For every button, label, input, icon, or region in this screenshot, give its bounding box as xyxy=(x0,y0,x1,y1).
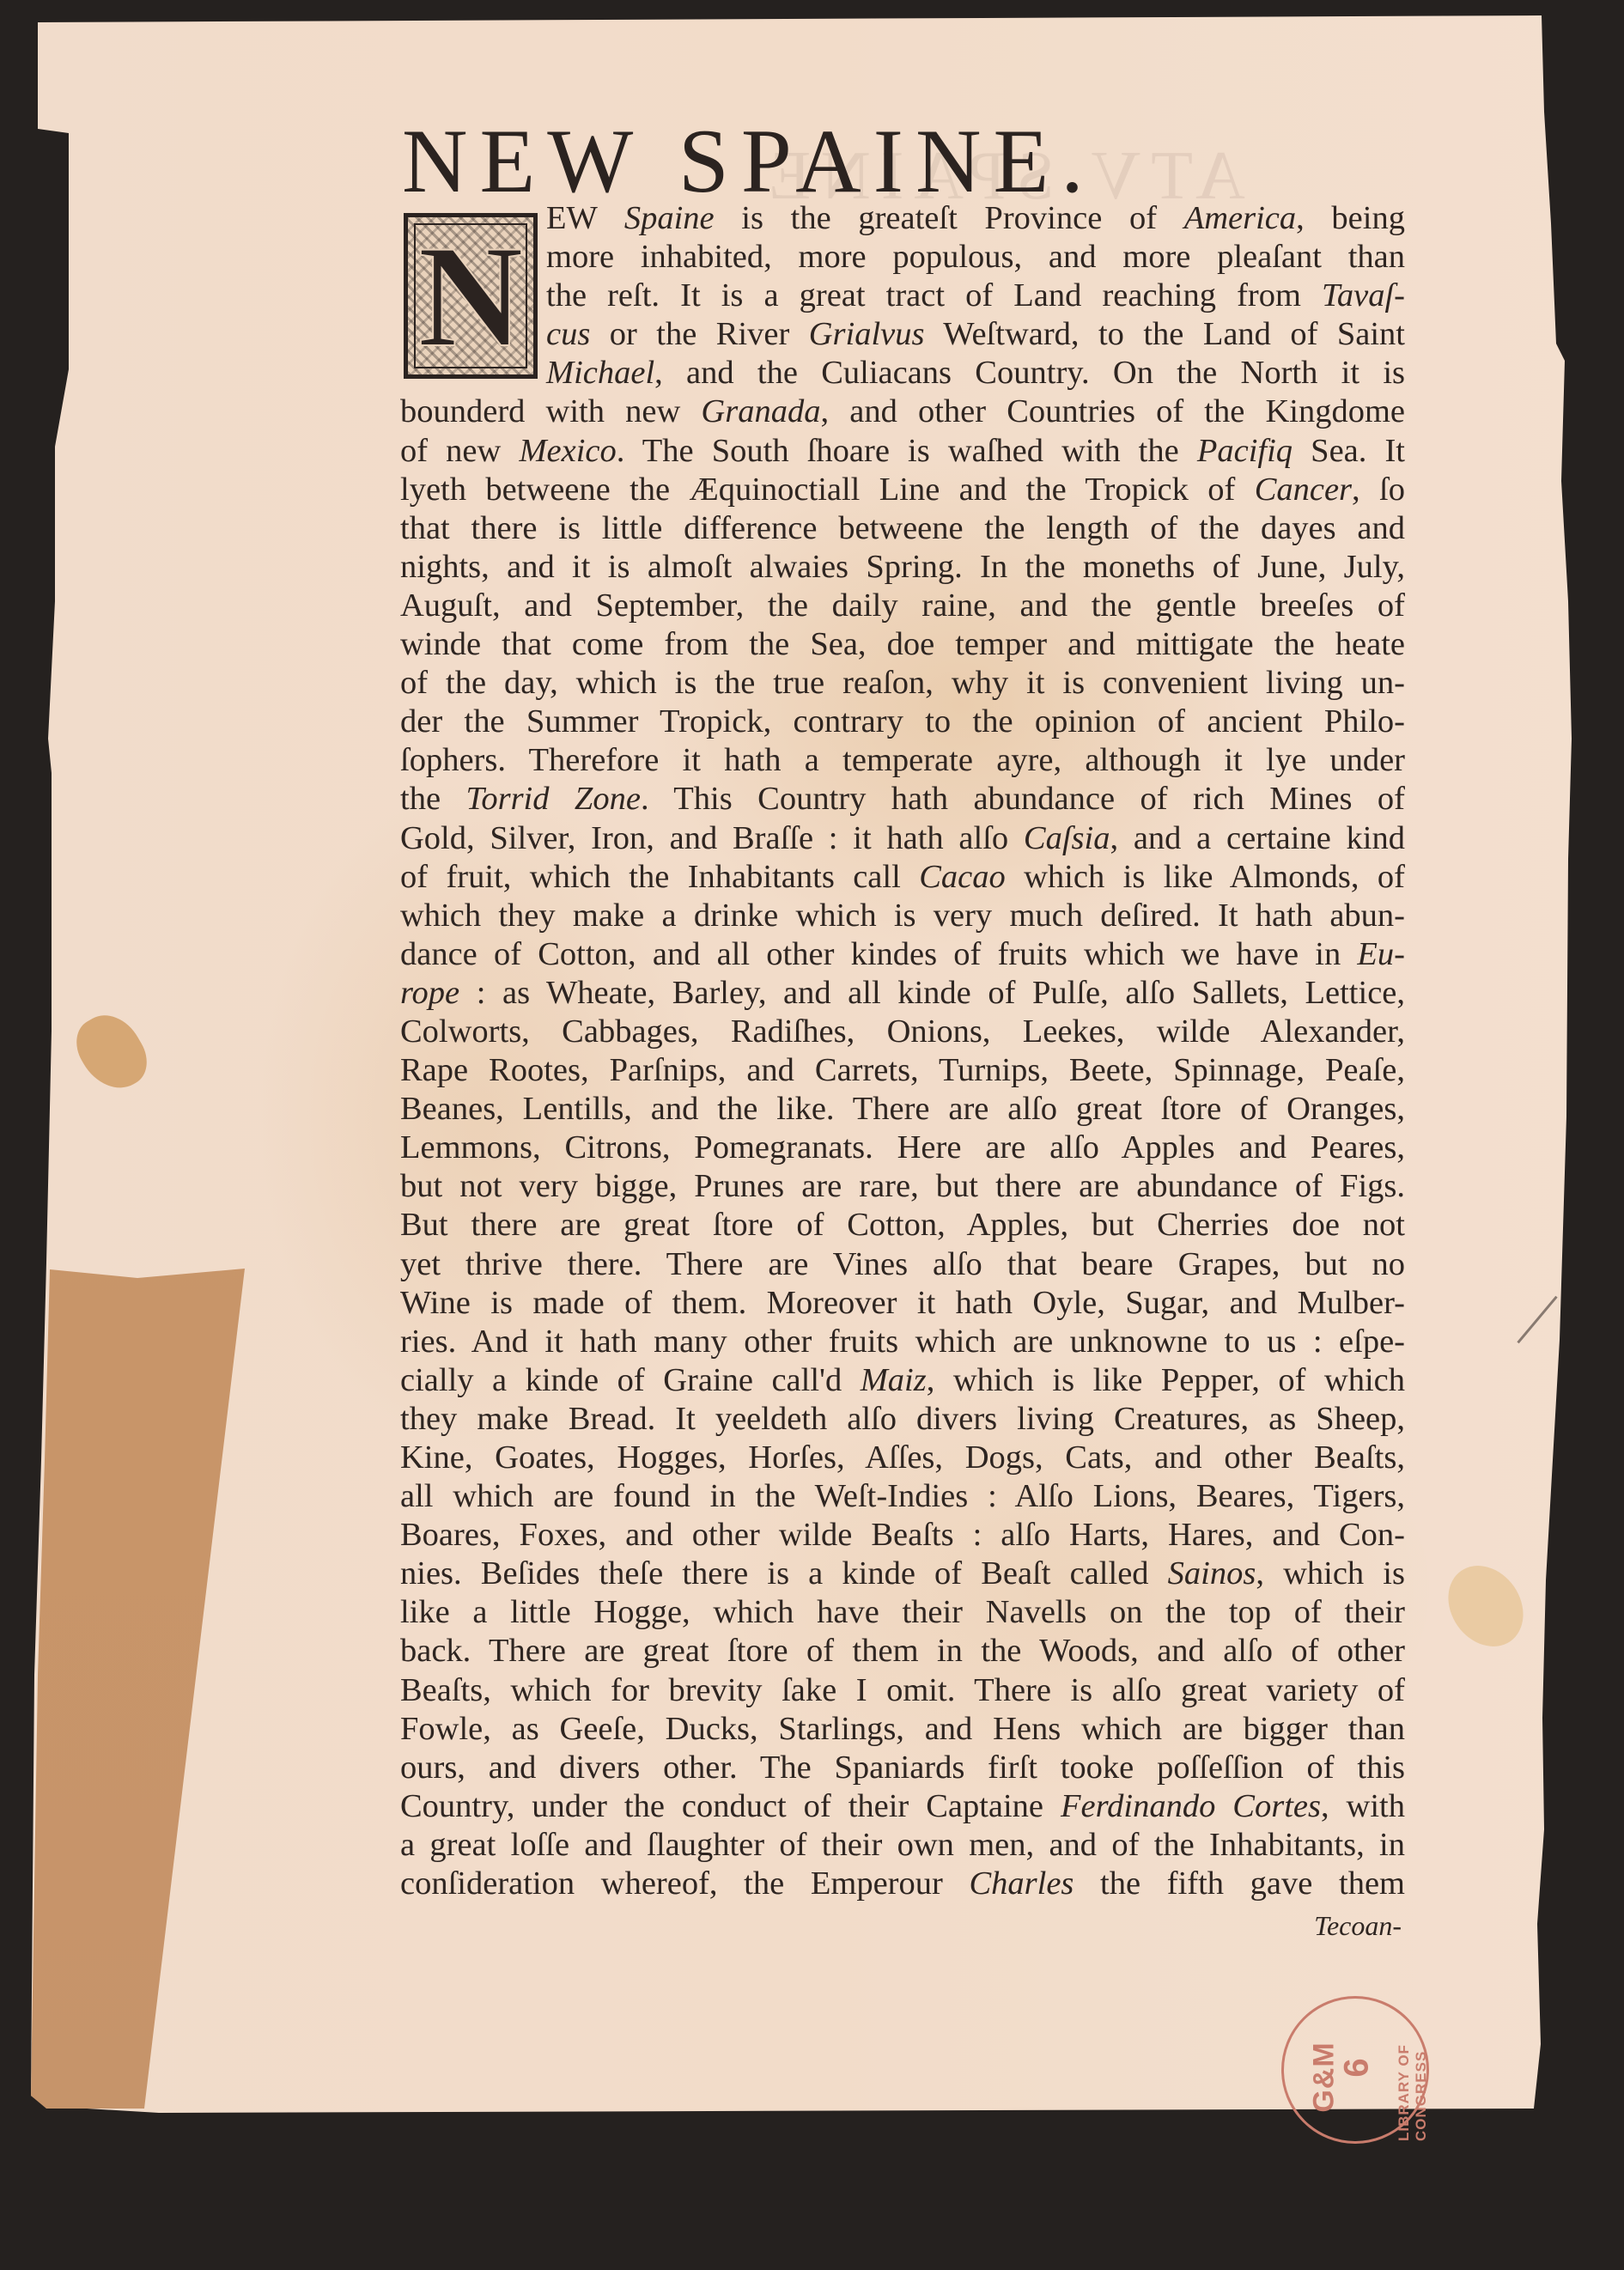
text-run: like a little Hogge, which have their Na… xyxy=(400,1594,1405,1630)
text-line: nights, and it is almoſt alwaies Spring.… xyxy=(400,548,1405,587)
italic-term: Mexico xyxy=(519,433,616,469)
text-line: the reſt. It is a great tract of Land re… xyxy=(400,277,1405,315)
text-line: Wine is made of them. Moreover it hath O… xyxy=(400,1284,1405,1323)
text-run: Fowle, as Geeſe, Ducks, Starlings, and H… xyxy=(400,1711,1405,1747)
italic-term: Cacao xyxy=(919,859,1006,895)
text-run: But there are great ſtore of Cotton, App… xyxy=(400,1207,1405,1243)
text-run: ſophers. Therefore it hath a temperate a… xyxy=(400,742,1405,778)
text-line: Auguſt, and September, the daily raine, … xyxy=(400,587,1405,625)
text-run: the fifth gave them xyxy=(1074,1865,1405,1902)
text-run: Beaſts, which for brevity ſake I omit. T… xyxy=(400,1672,1405,1708)
text-line: Lemmons, Citrons, Pomegranats. Here are … xyxy=(400,1129,1405,1167)
text-line: Country, under the conduct of their Capt… xyxy=(400,1787,1405,1826)
text-line: But there are great ſtore of Cotton, App… xyxy=(400,1206,1405,1245)
text-line: conſideration whereof, the Emperour Char… xyxy=(400,1865,1405,1903)
italic-term: Cancer xyxy=(1255,472,1352,508)
text-run: : as Wheate, Barley, and all kinde of Pu… xyxy=(459,975,1405,1011)
text-line: Beanes, Lentills, and the like. There ar… xyxy=(400,1090,1405,1129)
italic-term: Pacifiq xyxy=(1197,433,1293,469)
text-run: or the River xyxy=(590,316,808,352)
text-line: Rape Rootes, Parſnips, and Carrets, Turn… xyxy=(400,1051,1405,1090)
text-run: of the day, which is the true reaſon, wh… xyxy=(400,665,1405,701)
stamp-number: 6 xyxy=(1338,2058,1377,2077)
text-run: of new xyxy=(400,433,519,469)
text-run: Wine is made of them. Moreover it hath O… xyxy=(400,1285,1405,1321)
italic-term: cus xyxy=(546,316,590,352)
text-run: Boares, Foxes, and other wilde Beaſts : … xyxy=(400,1517,1405,1553)
text-line: back. There are great ſtore of them in t… xyxy=(400,1632,1405,1671)
italic-term: Granada xyxy=(701,393,820,429)
italic-term: Spaine xyxy=(624,200,715,236)
body-text: EW Spaine is the greateſt Province of Am… xyxy=(400,199,1405,1903)
text-run: of fruit, which the Inhabitants call xyxy=(400,859,919,895)
text-run: , with xyxy=(1321,1788,1405,1824)
text-line: Boares, Foxes, and other wilde Beaſts : … xyxy=(400,1516,1405,1555)
page-title: NEW SPAINE. xyxy=(402,116,1432,207)
text-run: Beanes, Lentills, and the like. There ar… xyxy=(400,1091,1405,1127)
text-run: dance of Cotton, and all other kindes of… xyxy=(400,936,1357,972)
text-line: Gold, Silver, Iron, and Braſſe : it hath… xyxy=(400,819,1405,858)
italic-term: Eu- xyxy=(1357,936,1405,972)
text-run: , which is xyxy=(1256,1555,1405,1591)
text-run: yet thrive there. There are Vines alſo t… xyxy=(400,1246,1405,1282)
text-line: more inhabited, more populous, and more … xyxy=(400,238,1405,277)
text-line: but not very bigge, Prunes are rare, but… xyxy=(400,1167,1405,1206)
text-line: like a little Hogge, which have their Na… xyxy=(400,1593,1405,1632)
text-line: yet thrive there. There are Vines alſo t… xyxy=(400,1245,1405,1284)
italic-term: Sainos xyxy=(1168,1555,1256,1591)
text-run: , ſo xyxy=(1352,472,1405,508)
text-run: Gold, Silver, Iron, and Braſſe : it hath… xyxy=(400,820,1024,856)
text-run: Rape Rootes, Parſnips, and Carrets, Turn… xyxy=(400,1052,1405,1088)
text-line: of new Mexico. The South ſhoare is waſhe… xyxy=(400,432,1405,471)
text-run: lyeth betweene the Æquinoctiall Line and… xyxy=(400,472,1255,508)
text-line: ours, and divers other. The Spaniards fi… xyxy=(400,1749,1405,1787)
text-run: bounderd with new xyxy=(400,393,701,429)
text-run: the xyxy=(400,781,465,817)
text-run: . This Country hath abundance of rich Mi… xyxy=(641,781,1405,817)
text-run: EW xyxy=(546,200,624,236)
text-line: lyeth betweene the Æquinoctiall Line and… xyxy=(400,471,1405,509)
stamp-collection: G&M xyxy=(1308,2042,1341,2112)
text-line: they make Bread. It yeeldeth alſo divers… xyxy=(400,1400,1405,1439)
text-run: but not very bigge, Prunes are rare, but… xyxy=(400,1168,1405,1204)
text-run: more inhabited, more populous, and more … xyxy=(546,239,1405,275)
text-line: winde that come from the Sea, doe temper… xyxy=(400,625,1405,664)
text-line: Michael, and the Culiacans Country. On t… xyxy=(400,354,1405,393)
stamp-library: LIBRARY OF CONGRESS xyxy=(1396,2012,1430,2141)
text-line: cially a kinde of Graine call'd Maiz, wh… xyxy=(400,1361,1405,1400)
text-line: Fowle, as Geeſe, Ducks, Starlings, and H… xyxy=(400,1710,1405,1749)
text-run: ours, and divers other. The Spaniards fi… xyxy=(400,1750,1405,1786)
text-run: ries. And it hath many other fruits whic… xyxy=(400,1324,1405,1360)
italic-term: Caſsia xyxy=(1024,820,1110,856)
text-run: nights, and it is almoſt alwaies Spring.… xyxy=(400,549,1405,585)
text-line: dance of Cotton, and all other kindes of… xyxy=(400,935,1405,974)
text-run: which they make a drinke which is very m… xyxy=(400,898,1405,934)
italic-term: Maiz xyxy=(861,1362,927,1398)
italic-term: Charles xyxy=(969,1865,1074,1902)
text-line: nies. Beſides theſe there is a kinde of … xyxy=(400,1555,1405,1593)
italic-term: Tavaſ- xyxy=(1322,277,1405,313)
italic-term: rope xyxy=(400,975,459,1011)
text-run: , which is like Pepper, of which xyxy=(927,1362,1405,1398)
text-run: Colworts, Cabbages, Radiſhes, Onions, Le… xyxy=(400,1013,1405,1050)
text-line: Colworts, Cabbages, Radiſhes, Onions, Le… xyxy=(400,1013,1405,1051)
text-run: that there is little difference betweene… xyxy=(400,510,1405,546)
text-line: der the Summer Tropick, contrary to the … xyxy=(400,703,1405,741)
text-line: Kine, Goates, Hogges, Horſes, Aſſes, Dog… xyxy=(400,1439,1405,1477)
text-line: cus or the River Grialvus Weſtward, to t… xyxy=(400,315,1405,354)
text-run: , being xyxy=(1296,200,1405,236)
catchword: Tecoan- xyxy=(1288,1910,1402,1942)
text-line: a great loſſe and ſlaughter of their own… xyxy=(400,1826,1405,1865)
text-line: rope : as Wheate, Barley, and all kinde … xyxy=(400,974,1405,1013)
text-line: all which are found in the Weſt-Indies :… xyxy=(400,1477,1405,1516)
italic-term: Torrid Zone xyxy=(465,781,640,817)
text-run: nies. Beſides theſe there is a kinde of … xyxy=(400,1555,1168,1591)
italic-term: Michael xyxy=(546,355,654,391)
text-line: bounderd with new Granada, and other Cou… xyxy=(400,393,1405,431)
text-run: . The South ſhoare is waſhed with the xyxy=(617,433,1197,469)
text-run: , and the Culiacans Country. On the Nort… xyxy=(654,355,1405,391)
text-line: EW Spaine is the greateſt Province of Am… xyxy=(400,199,1405,238)
text-line: the Torrid Zone. This Country hath abund… xyxy=(400,780,1405,819)
italic-term: America xyxy=(1184,200,1296,236)
text-run: back. There are great ſtore of them in t… xyxy=(400,1633,1405,1669)
text-run: , and a certaine kind xyxy=(1110,820,1405,856)
text-line: that there is little difference betweene… xyxy=(400,509,1405,548)
text-line: of the day, which is the true reaſon, wh… xyxy=(400,664,1405,703)
text-line: which they make a drinke which is very m… xyxy=(400,897,1405,935)
text-run: Auguſt, and September, the daily raine, … xyxy=(400,587,1405,624)
italic-term: Ferdinando Cortes xyxy=(1061,1788,1321,1824)
text-run: all which are found in the Weſt-Indies :… xyxy=(400,1478,1405,1514)
text-run: Lemmons, Citrons, Pomegranats. Here are … xyxy=(400,1129,1405,1165)
library-stamp: G&M 6 LIBRARY OF CONGRESS xyxy=(1281,1996,1429,2144)
text-line: Beaſts, which for brevity ſake I omit. T… xyxy=(400,1671,1405,1710)
text-run: Kine, Goates, Hogges, Horſes, Aſſes, Dog… xyxy=(400,1439,1405,1476)
text-run: the reſt. It is a great tract of Land re… xyxy=(546,277,1322,313)
text-run: Weſtward, to the Land of Saint xyxy=(924,316,1405,352)
text-run: is the greateſt Province of xyxy=(715,200,1184,236)
text-line: of fruit, which the Inhabitants call Cac… xyxy=(400,858,1405,897)
text-run: Country, under the conduct of their Capt… xyxy=(400,1788,1061,1824)
text-run: Sea. It xyxy=(1293,433,1405,469)
text-run: , and other Countries of the Kingdome xyxy=(820,393,1405,429)
italic-term: Grialvus xyxy=(809,316,925,352)
text-line: ries. And it hath many other fruits whic… xyxy=(400,1323,1405,1361)
text-run: which is like Almonds, of xyxy=(1006,859,1405,895)
text-run: winde that come from the Sea, doe temper… xyxy=(400,626,1405,662)
text-run: they make Bread. It yeeldeth alſo divers… xyxy=(400,1401,1405,1437)
text-run: conſideration whereof, the Emperour xyxy=(400,1865,969,1902)
text-run: a great loſſe and ſlaughter of their own… xyxy=(400,1827,1405,1863)
text-run: der the Summer Tropick, contrary to the … xyxy=(400,703,1405,739)
text-line: ſophers. Therefore it hath a temperate a… xyxy=(400,741,1405,780)
text-run: cially a kinde of Graine call'd xyxy=(400,1362,861,1398)
